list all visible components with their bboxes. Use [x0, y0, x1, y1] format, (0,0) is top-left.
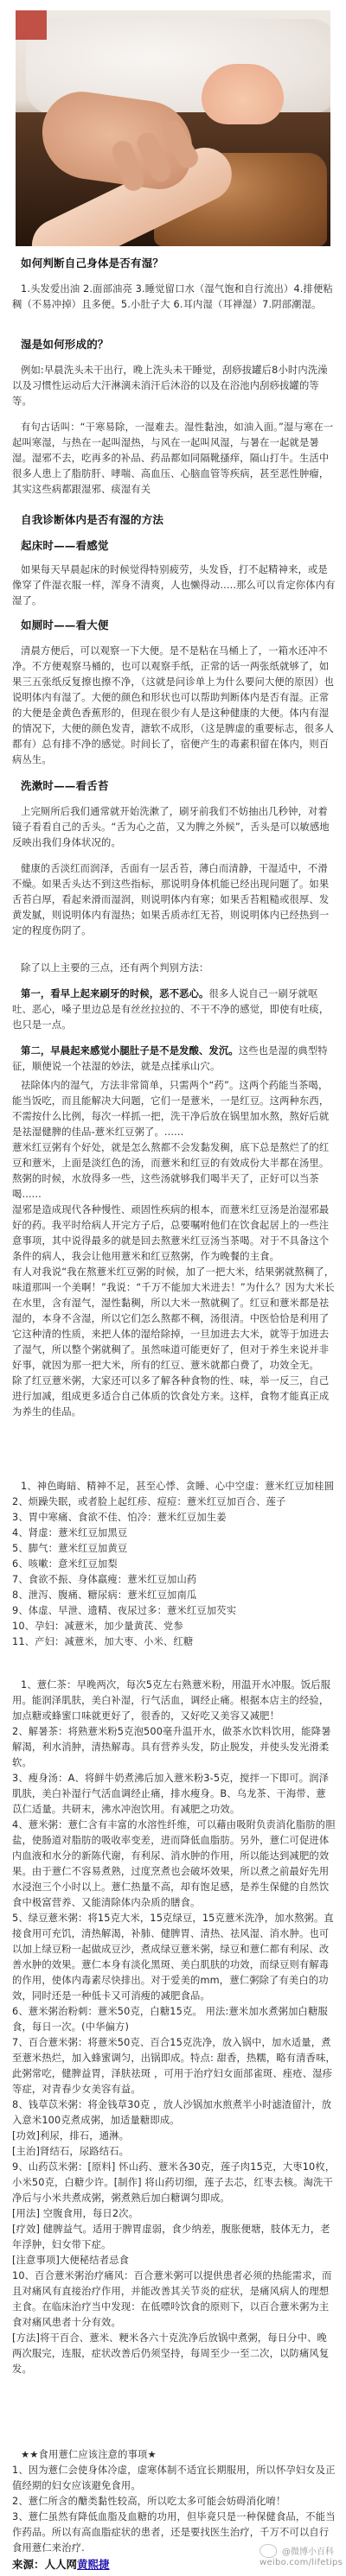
list-item: 7、食欲不振、身体羸瘦：薏米红豆加山药: [12, 1572, 336, 1588]
list-item: 6、薏米粥治粉刺：薏米50克，白糖15克。 用法:薏米加水煮粥加白糖服食，每日一…: [12, 2004, 336, 2035]
list-item: 4、薏米粥：薏仁含有丰富的水溶性纤维，可以藉由吸附负责消化脂肪的胆盐，使肠道对脂…: [12, 1818, 336, 1911]
watermark-url: weibo.com/lifetips: [259, 2558, 343, 2567]
paragraph: 例如:早晨洗头未干出行，晚上洗头未干睡觉，刮痧拔罐后8小时内洗澡以及习惯性运动后…: [12, 363, 336, 409]
list-item: [功效]利尿，排石，通淋。: [12, 2129, 336, 2144]
list-item: 5、绿豆薏米粥：将15克大米，15克绿豆，15克薏米洗净，加水熬粥。直接食用可充…: [12, 1911, 336, 2004]
list-item: 4、肾虚：薏米红豆加黑豆: [12, 1526, 336, 1541]
list-item: 8、泄泻、腹痛、糖尿病：薏米红豆加南瓜: [12, 1588, 336, 1603]
list-item: 7、百合薏米粥：将薏米50克、百合15克洗净，放入锅中，加水适量，煮至薏米热烂，…: [12, 2035, 336, 2097]
paragraph: 薏米红豆粥有个好处，就是怎么熬都不会发黏发稠，底下总是熬烂了的红豆和薏米，上面是…: [12, 1140, 336, 1202]
intro-text: 除了以上主要的三点，还有两个判别方法：: [12, 961, 336, 976]
subsection-heading: 如厕时——看大便: [12, 618, 336, 633]
section-remedy: 祛除体内的湿气，方法非常简单，只需两个“药”。这两个药能当茶喝，能当饭吃，而且能…: [12, 1078, 336, 1420]
section-other-methods: 除了以上主要的三点，还有两个判别方法： 第一，看早上起来刷牙的时候，恶不恶心。很…: [12, 961, 336, 1075]
list-item: [主治]肾结石，尿路结石。: [12, 2144, 336, 2160]
section-heading: 如何判断自己身体是否有湿？: [12, 256, 336, 271]
paragraph: 祛除体内的湿气，方法非常简单，只需两个“药”。这两个药能当茶喝，能当饭吃，而且能…: [12, 1078, 336, 1140]
source-author-link[interactable]: 黄熙捷: [77, 2558, 110, 2571]
photo-palm-shape: [202, 64, 284, 124]
method-one-title: 第一，看早上起来刷牙的时候，恶不恶心。: [21, 988, 209, 999]
list-item: 10、孕妇：减薏米，加少量黄芪、党参: [12, 1619, 336, 1634]
subsection-heading: 起床时——看感觉: [12, 538, 336, 554]
section-how-to-judge: 如何判断自己身体是否有湿？ 1.头发爱出油 2.面部油亮 3.睡觉留口水（湿气饱…: [12, 256, 336, 313]
list-item: [方法]将干百合、薏米、粳米各六十克洗净后放锅中煮粥，每日分中、晚两次服完，连服…: [12, 2331, 336, 2377]
list-item: 9、体虚、早泄、遗精、夜尿过多：薏米红豆加芡实: [12, 1603, 336, 1619]
method-two-title: 第二，早晨起来感觉小腿肚子是不是发酸、发沉。: [21, 1045, 239, 1056]
photo-red-accent: [16, 10, 47, 40]
paragraph: 清晨方便后，可以观察一下大便。是不是粘在马桶上了，一箱水还冲不净。不方便观察马桶…: [12, 644, 336, 768]
combo-list: 1、神色晦暗、精神不足，甚至心悸、贪睡、心中空虚：薏米红豆加桂圆 2、烦躁失眠，…: [12, 1479, 336, 1650]
paragraph: 上完厕所后我们通常就开始洗漱了，刷牙前我们不妨抽出几秒钟，对着镜子看看自己的舌头…: [12, 804, 336, 851]
subsection-heading: 洗漱时——看舌苔: [12, 778, 336, 794]
cautions-heading: ★★食用薏仁应该注意的事项★: [12, 2447, 336, 2463]
cautions-section: ★★食用薏仁应该注意的事项★ 1、因为薏仁会使身体冷虚，虚寒体制不适宜长期服用，…: [12, 2447, 336, 2556]
list-item: 10、百合薏米粥治疗痛风：百合薏米粥可以提供患者必须的热能需求，而且对痛风有直接…: [12, 2268, 336, 2331]
list-item: [注意事项]大便秘结者忌食: [12, 2253, 336, 2268]
method-one: 第一，看早上起来刷牙的时候，恶不恶心。很多人说自己一刷牙就呕吐、恶心，嗓子里边总…: [12, 987, 336, 1033]
list-item: 5、脚气：薏米红豆加黄豆: [12, 1541, 336, 1557]
list-item: 1、薏仁茶：早晚两次，每次5克左右熟薏米粉，用温开水冲服。饭后服用。能润泽肌肤，…: [12, 1678, 336, 1724]
paragraph: 如果每天早晨起床的时候觉得特别疲劳，头发昏，打不起精神来，或是像穿了件湿衣服一样…: [12, 562, 336, 609]
section-how-formed: 湿是如何形成的？ 例如:早晨洗头未干出行，晚上洗头未干睡觉，刮痧拔罐后8小时内洗…: [12, 337, 336, 498]
section-heading: 自我诊断体内是否有湿的方法: [12, 512, 336, 528]
list-item: 11、产妇：减薏米，加大枣、小米、红糖: [12, 1634, 336, 1650]
method-two: 第二，早晨起来感觉小腿肚子是不是发酸、发沉。这些也是湿的典型特征，顺便说一个祛湿…: [12, 1044, 336, 1075]
list-item: 2、薏仁所含的醣类黏性较高，所以吃太多可能会妨碍消化唷！: [12, 2494, 336, 2509]
list-item: 3、胃中寒痛、食欲不佳、怕冷：薏米红豆加生姜: [12, 1510, 336, 1526]
weibo-watermark: @微博小百科 weibo.com/lifetips: [259, 2544, 343, 2573]
symptom-list: 1.头发爱出油 2.面部油亮 3.睡觉留口水（湿气饱和自行流出）4.排便粘稠（不…: [12, 282, 336, 313]
list-item: 2、解暑茶：将熟薏米粉5克泡500毫升温开水，做茶水饮料饮用，能降暑解渴，利水消…: [12, 1724, 336, 1771]
recipe-list: 1、薏仁茶：早晚两次，每次5克左右熟薏米粉，用温开水冲服。饭后服用。能润泽肌肤，…: [12, 1678, 336, 2377]
section-heading: 湿是如何形成的？: [12, 337, 336, 352]
paragraph: 有句古话叫：“干寒易除，一湿难去。湿性黏浊，如油入面。”湿与寒在一起叫寒湿，与热…: [12, 420, 336, 498]
list-item: 9、山药苡米粥：[原料] 怀山药、薏米各30克，莲子肉15克，大枣10枚，小米5…: [12, 2160, 336, 2206]
paragraph: 除了红豆薏米粥，大家还可以多了解各种食物的性、味，举一反三，自己进行加减，组成更…: [12, 1374, 336, 1420]
weibo-logo-icon: [259, 2544, 277, 2558]
list-item: [疗效] 健脾益气。适用于脾胃虚弱，食少纳差，腹胀便塘，肢体无力，老年浮肿，妇女…: [12, 2222, 336, 2253]
paragraph: 有人对我说“我在熬薏米红豆粥的时候，加了一把大米，结果粥就熬稠了，味道那叫一个美…: [12, 1265, 336, 1374]
list-item: 2、烦躁失眠，或者脸上起红疹、痘痘：薏米红豆加百合、莲子: [12, 1494, 336, 1510]
pulse-diagnosis-photo: [16, 10, 330, 246]
watermark-handle: @微博小百科: [282, 2544, 334, 2557]
list-item: 3、瘦身汤：A、将鲜牛奶煮沸后加入薏米粉3-5克，搅拌一下即可。润泽肌肤，美白补…: [12, 1771, 336, 1818]
article-page: 如何判断自己身体是否有湿？ 1.头发爱出油 2.面部油亮 3.睡觉留口水（湿气饱…: [0, 0, 346, 2576]
list-item: [用法] 空腹食用，每日2次。: [12, 2206, 336, 2222]
paragraph: 健康的舌淡红而润泽，舌面有一层舌苔，薄白而清静，干湿适中，不滑不燥。如果舌头达不…: [12, 861, 336, 939]
list-item: 8、钱草苡米粥：将金钱草30克 ，放人沙锅加水煎煮半小时滤渣留汁，放入意米100…: [12, 2097, 336, 2129]
source-label: 来源：人人网: [12, 2558, 77, 2571]
list-item: 1、因为薏仁会使身体冷虚，虚寒体制不适宜长期服用，所以怀孕妇女及正值经期的妇女应…: [12, 2463, 336, 2494]
section-self-diagnosis: 自我诊断体内是否有湿的方法 起床时——看感觉 如果每天早晨起床的时候觉得特别疲劳…: [12, 512, 336, 939]
paragraph: 湿邪是造成现代各种慢性、顽固性疾病的根本，而薏米红豆汤是治湿邪最好的药。我平时给…: [12, 1202, 336, 1265]
list-item: 1、神色晦暗、精神不足，甚至心悸、贪睡、心中空虚：薏米红豆加桂圆: [12, 1479, 336, 1494]
list-item: 6、咳嗽：意米红豆加梨: [12, 1557, 336, 1572]
